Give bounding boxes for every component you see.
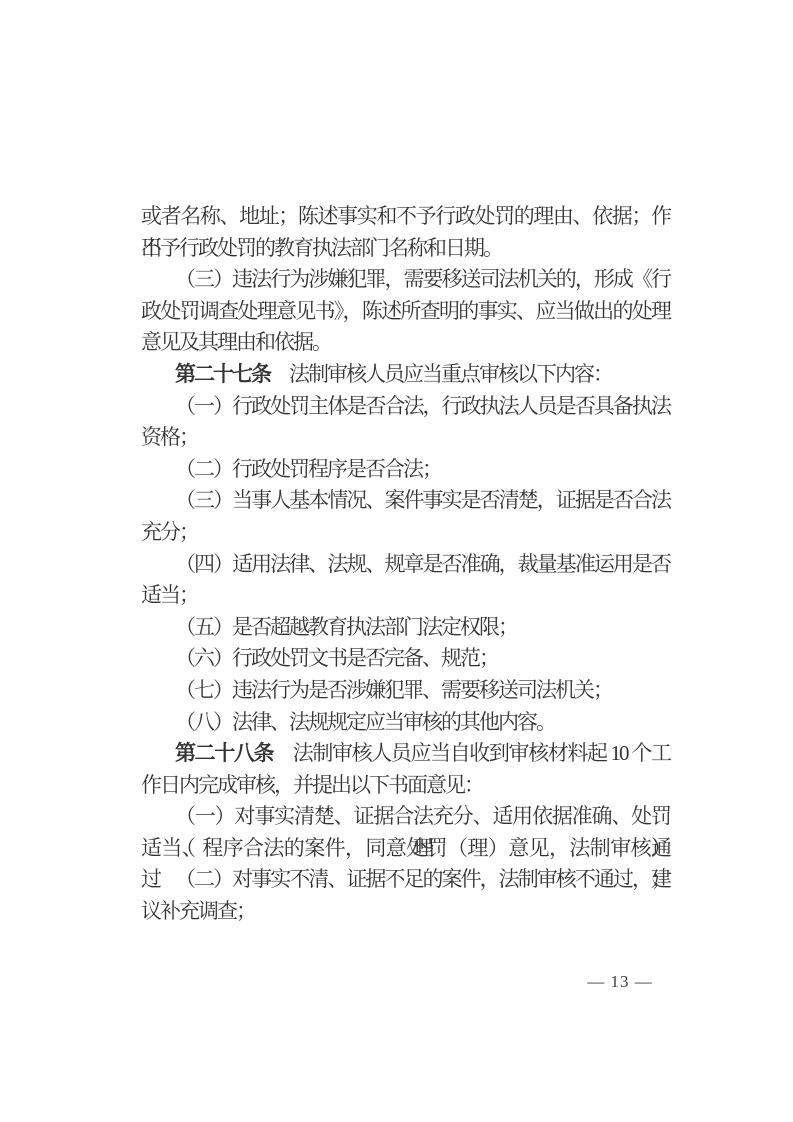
- text-line: 充分；: [141, 517, 670, 549]
- line-text: 不予行政处罚的教育执法部门名称和日期。: [141, 236, 502, 260]
- line-text: （八）法律、法规规定应当审核的其他内容。: [175, 710, 555, 734]
- text-line: 第二十七条 法制审核人员应当重点审核以下内容：: [141, 359, 670, 391]
- text-line: （四）适用法律、法规、规章是否准确，裁量基准运用是否: [141, 549, 670, 581]
- line-text: 作日内完成审核，并提出以下书面意见：: [141, 773, 483, 797]
- text-line: 第二十八条 法制审核人员应当自收到审核材料起 10 个工: [141, 738, 670, 770]
- text-line: （二）对事实不清、证据不足的案件，法制审核不通过，建: [141, 864, 670, 896]
- page-number: — 13 —: [560, 971, 680, 993]
- text-line: （一）行政处罚主体是否合法，行政执法人员是否具备执法: [141, 391, 670, 423]
- line-text: 适当；: [141, 583, 198, 607]
- text-block: 或者名称、地址；陈述事实和不予行政处罚的理由、依据；作出不予行政处罚的教育执法部…: [141, 201, 670, 928]
- line-text: （六）行政处罚文书是否完备、规范；: [175, 646, 498, 670]
- line-text: 政处罚调查处理意见书》，陈述所查明的事实、应当做出的处理: [141, 299, 670, 323]
- text-line: （五）是否超越教育执法部门法定权限；: [141, 612, 670, 644]
- text-line: 适当；: [141, 580, 670, 612]
- article-number: 第二十七条: [175, 363, 270, 386]
- line-text: 充分；: [141, 520, 198, 544]
- text-line: （七）违法行为是否涉嫌犯罪、需要移送司法机关；: [141, 675, 670, 707]
- text-line: 议补充调查；: [141, 896, 670, 928]
- text-line: （六）行政处罚文书是否完备、规范；: [141, 643, 670, 675]
- line-text: 意见及其理由和依据。: [141, 330, 331, 354]
- text-line: （二）行政处罚程序是否合法；: [141, 454, 670, 486]
- text-line: 意见及其理由和依据。: [141, 327, 670, 359]
- text-line: 作日内完成审核，并提出以下书面意见：: [141, 770, 670, 802]
- text-line: 政处罚调查处理意见书》，陈述所查明的事实、应当做出的处理: [141, 296, 670, 328]
- line-text: 议补充调查；: [141, 899, 255, 923]
- text-line: 或者名称、地址；陈述事实和不予行政处罚的理由、依据；作出: [141, 201, 670, 233]
- line-text: （七）违法行为是否涉嫌犯罪、需要移送司法机关；: [175, 678, 612, 702]
- text-line: （三）违法行为涉嫌犯罪，需要移送司法机关的，形成《行: [141, 264, 670, 296]
- line-text: （二）对事实不清、证据不足的案件，法制审核不通过，建: [175, 867, 670, 891]
- text-line: （一）对事实清楚、证据合法充分、适用依据准确、处罚（理）: [141, 801, 670, 833]
- text-line: （八）法律、法规规定应当审核的其他内容。: [141, 707, 670, 739]
- text-line: 适当、程序合法的案件，同意处罚（理）意见，法制审核通过；: [141, 833, 670, 865]
- line-text: （五）是否超越教育执法部门法定权限；: [175, 615, 517, 639]
- line-text: 法制审核人员应当自收到审核材料起 10 个工: [273, 741, 670, 765]
- line-text: （一）行政处罚主体是否合法，行政执法人员是否具备执法: [175, 394, 670, 418]
- line-text: （四）适用法律、法规、规章是否准确，裁量基准运用是否: [175, 552, 670, 576]
- text-line: 不予行政处罚的教育执法部门名称和日期。: [141, 233, 670, 265]
- text-line: （三）当事人基本情况、案件事实是否清楚，证据是否合法: [141, 485, 670, 517]
- line-text: （二）行政处罚程序是否合法；: [175, 457, 441, 481]
- line-text: 资格；: [141, 425, 198, 449]
- text-line: 资格；: [141, 422, 670, 454]
- line-text: 法制审核人员应当重点审核以下内容：: [270, 362, 612, 386]
- line-text: （三）违法行为涉嫌犯罪，需要移送司法机关的，形成《行: [175, 267, 670, 291]
- article-number: 第二十八条: [175, 742, 273, 765]
- line-text: （三）当事人基本情况、案件事实是否清楚，证据是否合法: [175, 488, 670, 512]
- document-page: 或者名称、地址；陈述事实和不予行政处罚的理由、依据；作出不予行政处罚的教育执法部…: [0, 0, 793, 1122]
